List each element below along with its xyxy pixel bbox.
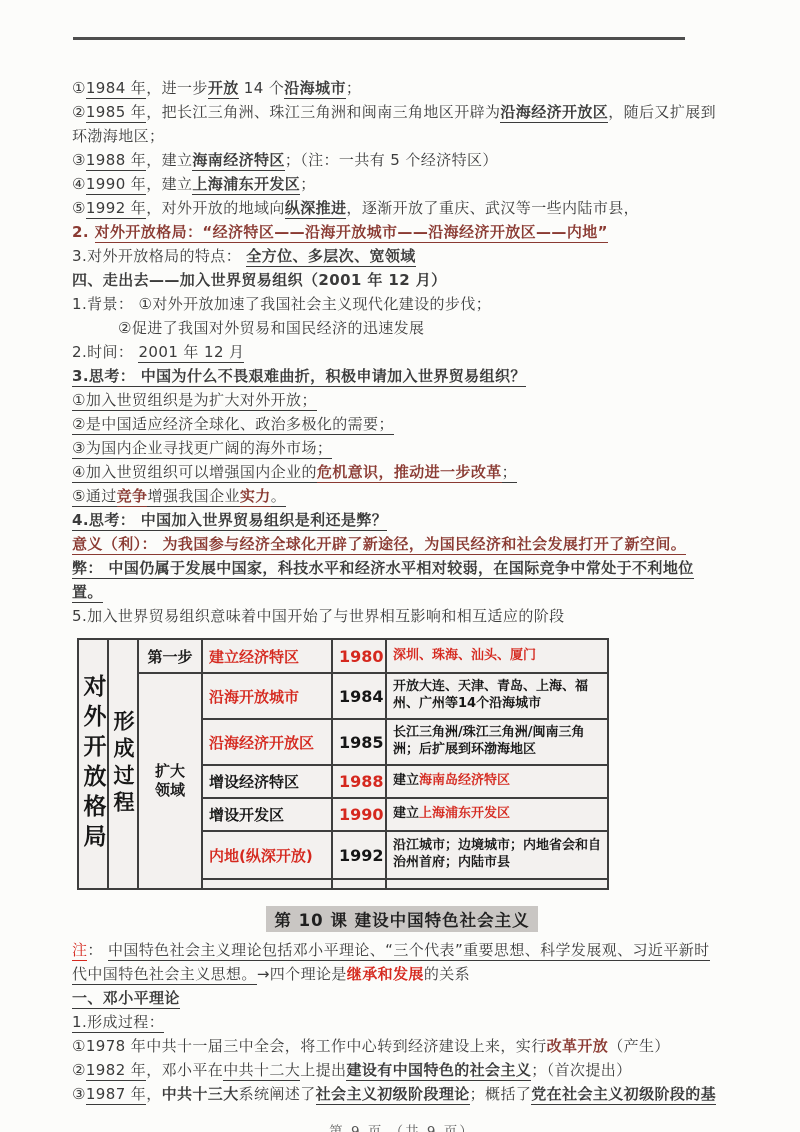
text-segment: ④ — [72, 175, 86, 193]
text-segment: 1992 年 — [86, 199, 146, 219]
text-segment: 实力 — [240, 487, 271, 507]
text-segment: 增强我国企业 — [147, 487, 239, 507]
text-line: ③1988 年，建立海南经济特区；（注：一共有 5 个经济特区） — [72, 148, 732, 172]
table-step: 建立经济特区 — [202, 639, 332, 673]
text-segment: 1990 年 — [86, 175, 146, 195]
text-segment: 1.背景： ①对外开放加速了我国社会主义现代化建设的步伐； — [72, 295, 491, 313]
text-segment: ③为国内企业寻找更广阔的海外市场； — [72, 439, 332, 459]
text-segment: 。 — [271, 487, 286, 507]
table-year: 1990 — [332, 798, 386, 831]
table-desc: 开放大连、天津、青岛、上海、福州、广州等14个沿海城市 — [386, 673, 608, 719]
text-segment: ，随后又扩展到 — [608, 103, 716, 121]
text-segment: 2001 年 12 月 — [138, 343, 244, 363]
text-line: ⑤通过竞争增强我国企业实力。 — [72, 484, 732, 508]
text-segment: 党在社会主义初级阶段的基 — [531, 1085, 716, 1105]
text-line: 一、邓小平理论 — [72, 986, 732, 1010]
table-desc: 长江三角洲/珠江三角洲/闽南三角洲；后扩展到环渤海地区 — [386, 719, 608, 765]
text-segment: 竞争 — [117, 487, 148, 507]
text-segment: ⑤通过 — [72, 487, 117, 507]
text-segment: 改革开放 — [547, 1037, 609, 1055]
text-line: ①加入世贸组织是为扩大对外开放； — [72, 388, 732, 412]
text-segment: 中共十二大 — [223, 1061, 300, 1081]
table-group-header: 对外开放格局 — [78, 639, 108, 889]
text-segment: 危机意识，推动进一步改革 — [317, 463, 502, 483]
table-empty-cell — [386, 879, 608, 889]
text-segment: ④加入世贸组织可以增强国内企业的 — [72, 463, 317, 483]
text-segment: 置。 — [72, 583, 103, 603]
desc-highlight: 海南岛经济特区 — [419, 773, 510, 788]
text-line: ③为国内企业寻找更广阔的海外市场； — [72, 436, 732, 460]
text-line: 3.思考： 中国为什么不畏艰难曲折，积极申请加入世界贸易组织？ — [72, 364, 732, 388]
text-line: 2.时间： 2001 年 12 月 — [72, 340, 732, 364]
text-segment: 2.时间： — [72, 343, 138, 361]
desc-highlight: 上海浦东开发区 — [419, 806, 510, 821]
text-segment: ；（注：一共有 5 个经济特区） — [285, 151, 498, 169]
table-desc: 建立上海浦东开发区 — [386, 798, 608, 831]
text-line: ④加入世贸组织可以增强国内企业的危机意识，推动进一步改革； — [72, 460, 732, 484]
text-segment: 5.加入世界贸易组织意味着中国开始了与世界相互影响和相互适应的阶段 — [72, 607, 565, 625]
text-segment: ，把长江三角洲、珠江三角洲和闽南三角地区开辟为 — [146, 103, 500, 121]
text-segment: 开放 — [208, 79, 239, 99]
table-step: 沿海开放城市 — [202, 673, 332, 719]
text-segment: ③ — [72, 1085, 86, 1103]
text-line: 置。 — [72, 580, 732, 604]
table-stage-first: 第一步 — [138, 639, 202, 673]
body-top-block: ①1984 年，进一步开放 14 个沿海城市；②1985 年，把长江三角洲、珠江… — [72, 76, 732, 628]
table-step: 增设开发区 — [202, 798, 332, 831]
text-segment: 弊： 中国仍属于发展中国家，科技水平和经济水平相对较弱，在国际竞争中常处于不利地… — [72, 559, 694, 579]
text-segment: 上提出 — [300, 1061, 346, 1079]
text-segment: 注 — [72, 941, 87, 961]
table-empty-cell — [202, 879, 332, 889]
text-line: ②1985 年，把长江三角洲、珠江三角洲和闽南三角地区开辟为沿海经济开放区，随后… — [72, 100, 732, 124]
text-segment: →四个理论是 — [257, 965, 347, 983]
text-line: 四、走出去——加入世界贸易组织（2001 年 12 月） — [72, 268, 732, 292]
text-segment: ，邓小平在 — [146, 1061, 223, 1079]
desc-text: 长江三角洲/珠江三角洲/闽南三角洲；后扩展到环渤海地区 — [393, 725, 585, 757]
text-segment: 海南经济特区 — [192, 151, 284, 171]
text-line: 4.思考： 中国加入世界贸易组织是利还是弊？ — [72, 508, 732, 532]
text-segment: 继承和发展 — [347, 965, 424, 983]
text-segment: 环渤海地区； — [72, 127, 164, 145]
table-step: 增设经济特区 — [202, 765, 332, 798]
table-year: 1984 — [332, 673, 386, 719]
table-year: 1992 — [332, 831, 386, 879]
table-year: 1988 — [332, 765, 386, 798]
text-segment: ； — [300, 175, 315, 193]
table-desc: 沿江城市；边境城市；内地省会和自治州首府；内陆市县 — [386, 831, 608, 879]
text-segment: 意义（利）： 为我国参与经济全球化开辟了新途径，为国民经济和社会发展打开了新空间… — [72, 535, 686, 555]
text-segment: ③ — [72, 151, 86, 169]
text-line: 1.背景： ①对外开放加速了我国社会主义现代化建设的步伐； — [72, 292, 732, 316]
text-line: ④1990 年，建立上海浦东开发区； — [72, 172, 732, 196]
text-segment: ，逐渐开放了重庆、武汉等一些内陆市县， — [346, 199, 639, 217]
text-line: ②促进了我国对外贸易和国民经济的迅速发展 — [72, 316, 732, 340]
text-line: ②是中国适应经济全球化、政治多极化的需要； — [72, 412, 732, 436]
body-bottom-block: 注： 中国特色社会主义理论包括邓小平理论、“三个代表”重要思想、科学发展观、习近… — [72, 938, 732, 1106]
text-line: 1.形成过程： — [72, 1010, 732, 1034]
text-line: 代中国特色社会主义思想。→四个理论是继承和发展的关系 — [72, 962, 732, 986]
table-year: 1985 — [332, 719, 386, 765]
lesson-title: 第 10 课 建设中国特色社会主义 — [266, 906, 537, 932]
text-segment: 1982 年 — [86, 1061, 146, 1081]
text-line: ②1982 年，邓小平在中共十二大上提出建设有中国特色的社会主义；（首次提出） — [72, 1058, 732, 1082]
header-rule — [73, 37, 685, 40]
table-desc: 深圳、珠海、汕头、厦门 — [386, 639, 608, 673]
text-segment: 代中国特色社会主义思想。 — [72, 965, 257, 985]
text-segment: ； — [346, 79, 361, 97]
text-segment: 四、走出去——加入世界贸易组织（2001 年 12 月） — [72, 271, 447, 289]
table-year: 1980 — [332, 639, 386, 673]
text-segment: ； — [502, 463, 517, 483]
scanned-notes-page: ①1984 年，进一步开放 14 个沿海城市；②1985 年，把长江三角洲、珠江… — [0, 0, 800, 1132]
text-line: 环渤海地区； — [72, 124, 732, 148]
text-segment: ， — [146, 1085, 161, 1103]
text-segment: ⑤ — [72, 199, 86, 217]
text-line: 5.加入世界贸易组织意味着中国开始了与世界相互影响和相互适应的阶段 — [72, 604, 732, 628]
text-segment: ②促进了我国对外贸易和国民经济的迅速发展 — [118, 319, 424, 337]
text-segment: ②是中国适应经济全球化、政治多极化的需要； — [72, 415, 394, 435]
text-segment: ①1978 年中共十一届三中全会，将工作中心转到经济建设上来，实行 — [72, 1037, 547, 1055]
desc-text: 沿江城市；边境城市；内地省会和自治州首府；内陆市县 — [393, 838, 601, 870]
text-segment: ①加入世贸组织是为扩大对外开放； — [72, 391, 317, 411]
text-segment: ，建立 — [146, 175, 192, 193]
text-segment: 上海浦东开发区 — [192, 175, 300, 195]
table-process-header: 形成过程 — [108, 639, 138, 889]
text-segment: 沿海城市 — [284, 79, 346, 99]
text-segment: 2. — [72, 223, 95, 241]
text-segment: ；（首次提出） — [531, 1061, 631, 1079]
table-stage-expand-line: 领域 — [145, 781, 195, 800]
text-line: ①1984 年，进一步开放 14 个沿海城市； — [72, 76, 732, 100]
text-segment: 1987 年 — [86, 1085, 146, 1105]
opening-up-pattern-table: 对外开放格局 形成过程 第一步 建立经济特区 1980 深圳、珠海、汕头、厦门 … — [77, 638, 609, 890]
text-line: 意义（利）： 为我国参与经济全球化开辟了新途径，为国民经济和社会发展打开了新空间… — [72, 532, 732, 556]
text-segment: 的关系 — [424, 965, 470, 983]
text-segment: 建设有中国特色的社会主义 — [346, 1061, 531, 1081]
desc-text: 建立 — [393, 806, 419, 821]
text-segment: 系统阐述了 — [239, 1085, 316, 1103]
desc-highlight: 深圳、珠海、汕头、厦门 — [393, 648, 536, 663]
table-stage-expand-line: 扩大 — [145, 762, 195, 781]
table-step: 沿海经济开放区 — [202, 719, 332, 765]
text-segment: 沿海经济开放区 — [500, 103, 608, 123]
text-segment: 14 个 — [239, 79, 285, 97]
text-segment: 中国特色社会主义理论包括邓小平理论、“三个代表”重要思想、科学发展观、习近平新时 — [108, 941, 710, 961]
text-segment: ；概括了 — [470, 1085, 532, 1103]
text-segment: （产生） — [608, 1037, 670, 1055]
text-segment: 1988 年 — [86, 151, 146, 171]
text-segment: 对外开放格局：“经济特区——沿海开放城市——沿海经济开放区——内地” — [95, 223, 608, 243]
text-segment: 中共十三大 — [162, 1085, 239, 1103]
table-empty-cell — [332, 879, 386, 889]
text-line: ①1978 年中共十一届三中全会，将工作中心转到经济建设上来，实行改革开放（产生… — [72, 1034, 732, 1058]
text-segment: 社会主义初级阶段理论 — [316, 1085, 470, 1105]
page-footer: 第 9 页 （共 9 页） — [72, 1120, 732, 1132]
table-desc: 建立海南岛经济特区 — [386, 765, 608, 798]
text-segment: ，进一步 — [146, 79, 208, 97]
text-segment: ② — [72, 103, 86, 121]
text-line: 注： 中国特色社会主义理论包括邓小平理论、“三个代表”重要思想、科学发展观、习近… — [72, 938, 732, 962]
text-line: 3.对外开放格局的特点： 全方位、多层次、宽领域 — [72, 244, 732, 268]
text-segment: 1984 年 — [86, 79, 146, 99]
lesson-title-row: 第 10 课 建设中国特色社会主义 — [72, 906, 732, 932]
text-segment: 3.对外开放格局的特点： — [72, 247, 246, 265]
text-segment: ，对外开放的地域向 — [146, 199, 285, 217]
table-step: 内地(纵深开放) — [202, 831, 332, 879]
text-segment: ，建立 — [146, 151, 192, 169]
text-segment: 4.思考： 中国加入世界贸易组织是利还是弊？ — [72, 511, 387, 531]
table-stage-expand: 扩大领域 — [138, 673, 202, 889]
text-segment: 1.形成过程： — [72, 1013, 164, 1033]
text-segment: ① — [72, 79, 86, 97]
desc-text: 开放大连、天津、青岛、上海、福州、广州等14个沿海城市 — [393, 679, 588, 711]
text-segment: 3.思考： 中国为什么不畏艰难曲折，积极申请加入世界贸易组织？ — [72, 367, 526, 387]
document-body: ①1984 年，进一步开放 14 个沿海城市；②1985 年，把长江三角洲、珠江… — [72, 76, 732, 1132]
text-line: ⑤1992 年，对外开放的地域向纵深推进，逐渐开放了重庆、武汉等一些内陆市县， — [72, 196, 732, 220]
text-line: 弊： 中国仍属于发展中国家，科技水平和经济水平相对较弱，在国际竞争中常处于不利地… — [72, 556, 732, 580]
text-segment: 一、邓小平理论 — [72, 989, 180, 1009]
text-line: 2. 对外开放格局：“经济特区——沿海开放城市——沿海经济开放区——内地” — [72, 220, 732, 244]
text-segment: ： — [87, 941, 108, 959]
text-segment: 1985 年 — [86, 103, 146, 123]
desc-text: 建立 — [393, 773, 419, 788]
text-segment: ② — [72, 1061, 86, 1079]
text-segment: 纵深推进 — [285, 199, 347, 219]
text-segment: 全方位、多层次、宽领域 — [246, 247, 415, 267]
text-line: ③1987 年，中共十三大系统阐述了社会主义初级阶段理论；概括了党在社会主义初级… — [72, 1082, 732, 1106]
